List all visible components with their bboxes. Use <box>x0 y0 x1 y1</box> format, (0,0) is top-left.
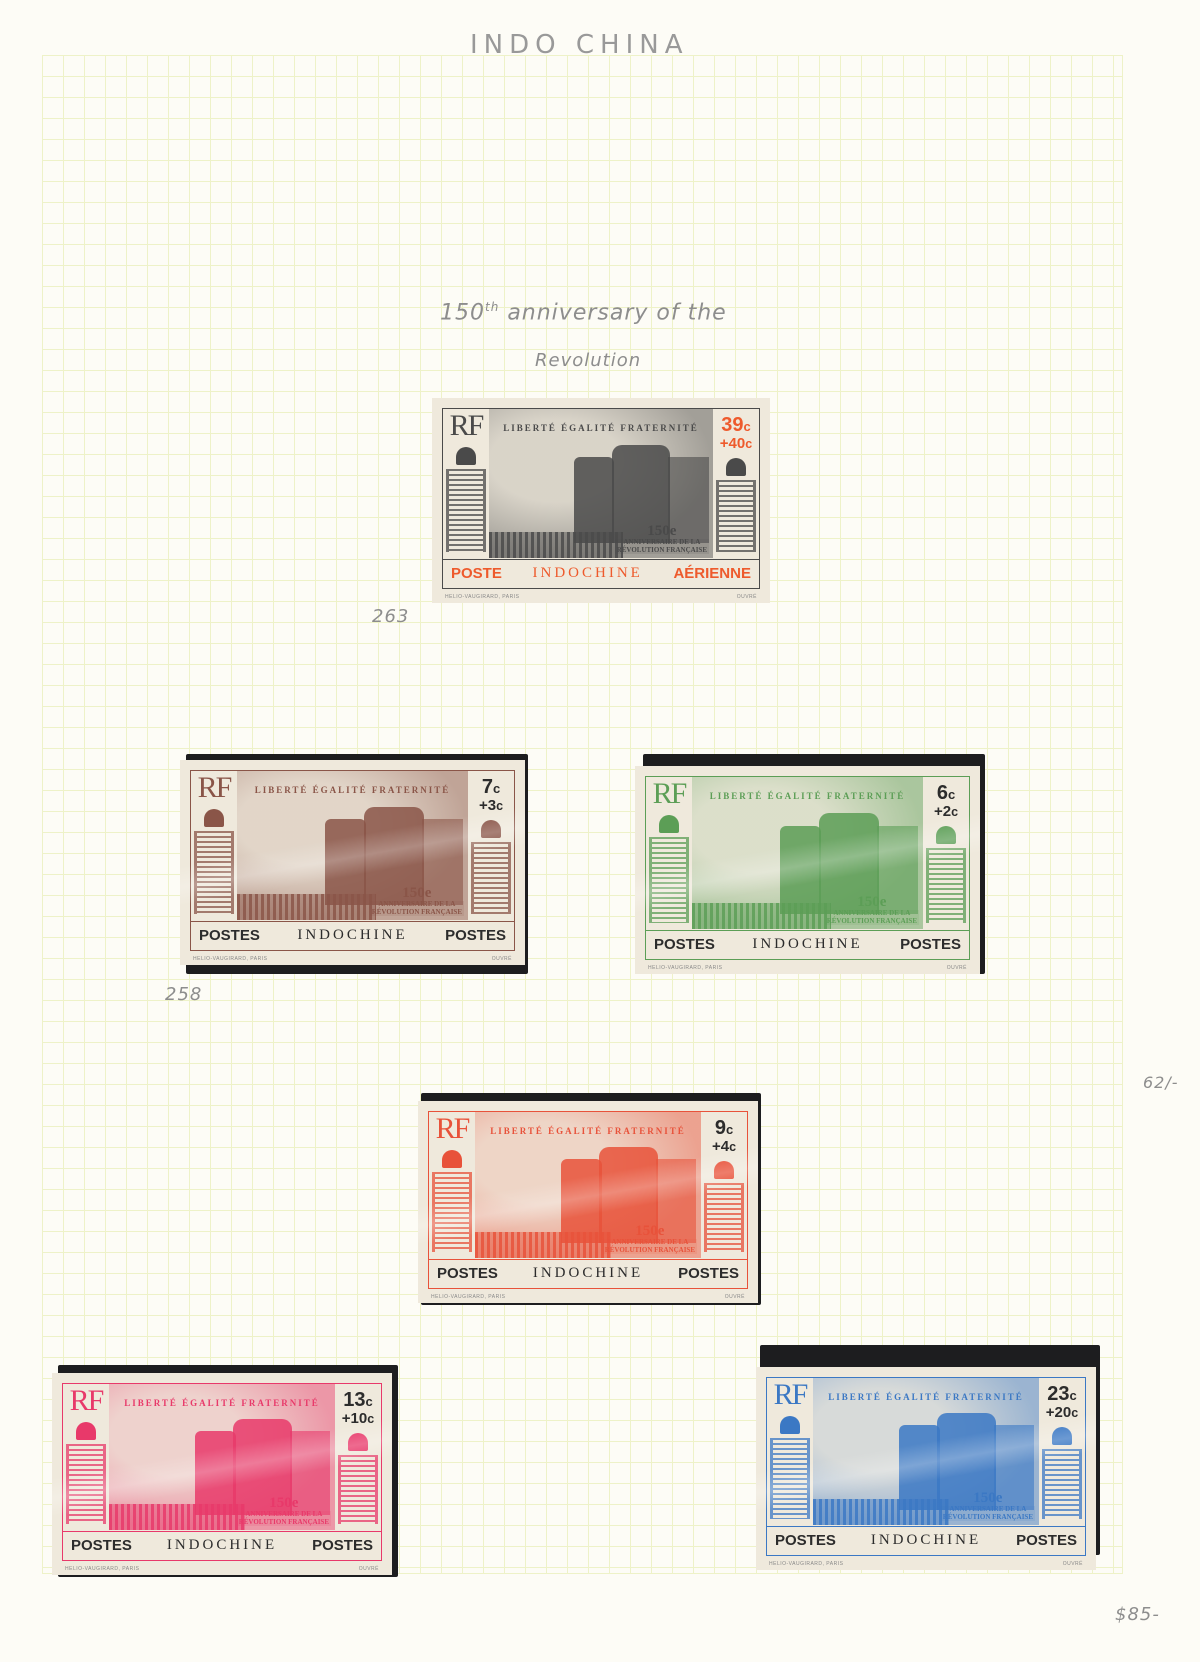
helmet-icon <box>442 1150 462 1168</box>
country-name: INDOCHINE <box>871 1532 981 1549</box>
rf-monogram: RF <box>450 411 483 441</box>
page-title: INDO CHINA <box>470 30 688 60</box>
left-panel: RF <box>646 777 692 929</box>
bastille-scene: LIBERTÉ ÉGALITÉ FRATERNITÉ 150e ANNIVERS… <box>475 1112 701 1258</box>
motto: LIBERTÉ ÉGALITÉ FRATERNITÉ <box>237 785 468 795</box>
flag-banner-icon <box>1042 1449 1082 1519</box>
surcharge-value: +40c <box>720 435 752 452</box>
surcharge-value: +2c <box>934 803 958 820</box>
right-panel: 23c +20c <box>1039 1378 1085 1525</box>
crowd-icon <box>813 1499 949 1525</box>
flag-banner-icon <box>649 837 689 923</box>
anniversary-text: 150e ANNIVERSAIRE DE LA RÉVOLUTION FRANÇ… <box>370 886 464 916</box>
helmet-icon <box>76 1422 96 1440</box>
helmet-icon <box>481 820 501 838</box>
bastille-scene: LIBERTÉ ÉGALITÉ FRATERNITÉ 150e ANNIVERS… <box>109 1384 335 1530</box>
printer-imprint: HELIO-VAUGIRARD, PARIS <box>769 1561 843 1567</box>
left-label: POSTE <box>451 565 502 582</box>
subtitle-line-2: Revolution <box>535 350 641 371</box>
bastille-tower-icon <box>561 1159 602 1244</box>
crowd-icon <box>237 894 376 920</box>
bastille-scene: LIBERTÉ ÉGALITÉ FRATERNITÉ 150e ANNIVERS… <box>237 771 468 920</box>
flag-banner-icon <box>194 831 234 914</box>
subtitle-line-1: 150th anniversary of the <box>440 300 727 325</box>
bastille-scene: LIBERTÉ ÉGALITÉ FRATERNITÉ 150e ANNIVERS… <box>813 1378 1039 1525</box>
flag-banner-icon <box>716 480 756 552</box>
price-total: $85- <box>1115 1604 1160 1625</box>
rf-monogram: RF <box>653 779 686 809</box>
left-label: POSTES <box>775 1532 836 1549</box>
rf-monogram: RF <box>774 1380 807 1410</box>
stamp-frame: RF LIBERTÉ ÉGALITÉ FRATERNITÉ 150e ANNIV… <box>442 408 760 589</box>
helmet-icon <box>726 458 746 476</box>
bastille-tower-icon <box>574 457 614 543</box>
right-label: POSTES <box>1016 1532 1077 1549</box>
face-value: 39c <box>721 415 750 435</box>
anniversary-text: 150e ANNIVERSAIRE DE LA RÉVOLUTION FRANÇ… <box>825 895 919 925</box>
printer-imprint: HELIO-VAUGIRARD, PARIS <box>445 594 519 600</box>
country-name: INDOCHINE <box>752 936 862 953</box>
helmet-icon <box>780 1416 800 1434</box>
left-label: POSTES <box>71 1537 132 1554</box>
motto: LIBERTÉ ÉGALITÉ FRATERNITÉ <box>475 1126 701 1136</box>
flag-banner-icon <box>471 842 511 914</box>
anniversary-text: 150e ANNIVERSAIRE DE LA RÉVOLUTION FRANÇ… <box>941 1491 1035 1521</box>
helmet-icon <box>348 1433 368 1451</box>
left-panel: RF <box>429 1112 475 1258</box>
helmet-icon <box>456 447 476 465</box>
flag-banner-icon <box>432 1172 472 1252</box>
crowd-icon <box>489 532 623 558</box>
right-label: POSTES <box>900 936 961 953</box>
right-label: POSTES <box>312 1537 373 1554</box>
surcharge-value: +3c <box>479 797 503 814</box>
price-note: 62/- <box>1143 1073 1179 1092</box>
designer-imprint: OUVRÉ <box>737 594 757 600</box>
country-name: INDOCHINE <box>167 1537 277 1554</box>
stamp-frame: RF LIBERTÉ ÉGALITÉ FRATERNITÉ 150e ANNIV… <box>428 1111 748 1289</box>
country-name: INDOCHINE <box>297 927 407 944</box>
right-panel: 7c +3c <box>468 771 514 920</box>
designer-imprint: OUVRÉ <box>359 1566 379 1572</box>
flag-banner-icon <box>926 848 966 923</box>
right-label: POSTES <box>445 927 506 944</box>
left-label: POSTES <box>654 936 715 953</box>
face-value: 23c <box>1047 1384 1076 1404</box>
flag-banner-icon <box>770 1438 810 1519</box>
stamp-airmail: RF LIBERTÉ ÉGALITÉ FRATERNITÉ 150e ANNIV… <box>432 398 770 603</box>
left-label: POSTES <box>199 927 260 944</box>
printer-imprint: HELIO-VAUGIRARD, PARIS <box>65 1566 139 1572</box>
face-value: 13c <box>343 1390 372 1410</box>
stamp-bottom-bar: POSTES INDOCHINE POSTES <box>767 1526 1085 1553</box>
catalog-number-airmail: 263 <box>372 606 409 627</box>
left-panel: RF <box>767 1378 813 1525</box>
stamp-bottom-bar: POSTES INDOCHINE POSTES <box>63 1531 381 1558</box>
bastille-scene: LIBERTÉ ÉGALITÉ FRATERNITÉ 150e ANNIVERS… <box>489 409 713 558</box>
stamp-pink: RF LIBERTÉ ÉGALITÉ FRATERNITÉ 150e ANNIV… <box>52 1373 392 1575</box>
country-name: INDOCHINE <box>533 1265 643 1282</box>
rf-monogram: RF <box>436 1114 469 1144</box>
printer-imprint: HELIO-VAUGIRARD, PARIS <box>648 965 722 971</box>
right-panel: 39c +40c <box>713 409 759 558</box>
designer-imprint: OUVRÉ <box>492 956 512 962</box>
surcharge-value: +20c <box>1046 1404 1078 1421</box>
face-value: 6c <box>937 783 955 803</box>
flag-banner-icon <box>446 469 486 552</box>
stamp-bottom-bar: POSTES INDOCHINE POSTES <box>429 1259 747 1286</box>
crowd-icon <box>475 1232 611 1258</box>
printer-imprint: HELIO-VAUGIRARD, PARIS <box>431 1294 505 1300</box>
designer-imprint: OUVRÉ <box>947 965 967 971</box>
anniversary-text: 150e ANNIVERSAIRE DE LA RÉVOLUTION FRANÇ… <box>603 1224 697 1254</box>
stamp-frame: RF LIBERTÉ ÉGALITÉ FRATERNITÉ 150e ANNIV… <box>645 776 970 960</box>
flag-banner-icon <box>338 1455 378 1524</box>
catalog-number-set: 258 <box>165 984 202 1005</box>
helmet-icon <box>936 826 956 844</box>
right-panel: 6c +2c <box>923 777 969 929</box>
printer-imprint: HELIO-VAUGIRARD, PARIS <box>193 956 267 962</box>
stamp-frame: RF LIBERTÉ ÉGALITÉ FRATERNITÉ 150e ANNIV… <box>766 1377 1086 1556</box>
stamp-bottom-bar: POSTES INDOCHINE POSTES <box>191 921 514 948</box>
anniversary-text: 150e ANNIVERSAIRE DE LA RÉVOLUTION FRANÇ… <box>615 524 709 554</box>
country-name: INDOCHINE <box>533 565 643 582</box>
helmet-icon <box>659 815 679 833</box>
left-panel: RF <box>63 1384 109 1530</box>
surcharge-value: +4c <box>712 1138 736 1155</box>
stamp-bottom-bar: POSTES INDOCHINE POSTES <box>646 930 969 957</box>
stamp-red: RF LIBERTÉ ÉGALITÉ FRATERNITÉ 150e ANNIV… <box>418 1101 758 1303</box>
rf-monogram: RF <box>198 773 231 803</box>
stamp-green: RF LIBERTÉ ÉGALITÉ FRATERNITÉ 150e ANNIV… <box>635 766 980 974</box>
right-panel: 13c +10c <box>335 1384 381 1530</box>
designer-imprint: OUVRÉ <box>1063 1561 1083 1567</box>
motto: LIBERTÉ ÉGALITÉ FRATERNITÉ <box>489 423 713 433</box>
motto: LIBERTÉ ÉGALITÉ FRATERNITÉ <box>109 1398 335 1408</box>
left-panel: RF <box>443 409 489 558</box>
anniversary-text: 150e ANNIVERSAIRE DE LA RÉVOLUTION FRANÇ… <box>237 1496 331 1526</box>
face-value: 7c <box>482 777 500 797</box>
stamp-frame: RF LIBERTÉ ÉGALITÉ FRATERNITÉ 150e ANNIV… <box>190 770 515 951</box>
left-label: POSTES <box>437 1265 498 1282</box>
bastille-tower-icon <box>780 826 822 914</box>
face-value: 9c <box>715 1118 733 1138</box>
stamp-brown: RF LIBERTÉ ÉGALITÉ FRATERNITÉ 150e ANNIV… <box>180 760 525 965</box>
right-label: POSTES <box>678 1265 739 1282</box>
flag-banner-icon <box>66 1444 106 1524</box>
stamp-bottom-bar: POSTE INDOCHINE AÉRIENNE <box>443 559 759 586</box>
designer-imprint: OUVRÉ <box>725 1294 745 1300</box>
bastille-tower-icon <box>195 1431 236 1516</box>
bastille-tower-icon <box>325 819 367 905</box>
crowd-icon <box>692 903 831 929</box>
left-panel: RF <box>191 771 237 920</box>
right-label: AÉRIENNE <box>673 565 751 582</box>
right-panel: 9c +4c <box>701 1112 747 1258</box>
stamp-frame: RF LIBERTÉ ÉGALITÉ FRATERNITÉ 150e ANNIV… <box>62 1383 382 1561</box>
bastille-scene: LIBERTÉ ÉGALITÉ FRATERNITÉ 150e ANNIVERS… <box>692 777 923 929</box>
surcharge-value: +10c <box>342 1410 374 1427</box>
motto: LIBERTÉ ÉGALITÉ FRATERNITÉ <box>692 791 923 801</box>
bastille-tower-icon <box>899 1425 940 1510</box>
rf-monogram: RF <box>70 1386 103 1416</box>
helmet-icon <box>714 1161 734 1179</box>
motto: LIBERTÉ ÉGALITÉ FRATERNITÉ <box>813 1392 1039 1402</box>
helmet-icon <box>204 809 224 827</box>
crowd-icon <box>109 1504 245 1530</box>
flag-banner-icon <box>704 1183 744 1252</box>
stamp-blue: RF LIBERTÉ ÉGALITÉ FRATERNITÉ 150e ANNIV… <box>756 1367 1096 1570</box>
helmet-icon <box>1052 1427 1072 1445</box>
